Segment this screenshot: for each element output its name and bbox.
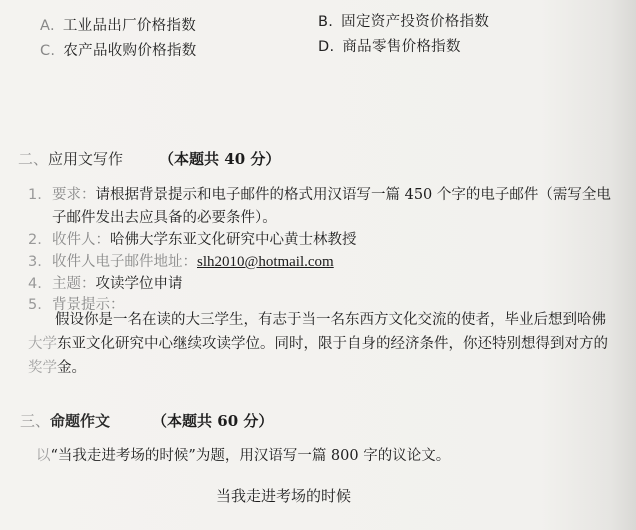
item-label: 要求： xyxy=(52,187,96,203)
item-number: 3. xyxy=(28,254,52,270)
section-score: （本题共 40 分） xyxy=(159,150,280,168)
item-number: 1. xyxy=(28,187,52,203)
section-title: 应用文写作 xyxy=(48,150,123,168)
item-number: 4. xyxy=(28,276,52,292)
prompt-text: “当我走进考场的时候”为题，用汉语写一篇 800 字的议论文。 xyxy=(51,448,451,464)
option-text: 农产品收购价格指数 xyxy=(63,43,196,59)
option-b: B.固定资产投资价格指数 xyxy=(318,10,489,31)
recipient-item: 2.收件人：哈佛大学东亚文化研究中心黄士林教授 xyxy=(28,228,357,249)
essay-title: 当我走进考场的时候 xyxy=(216,485,351,506)
item-text: 请根据背景提示和电子邮件的格式用汉语写一篇 450 个字的电子邮件（需写全电 xyxy=(96,187,611,203)
option-letter: D. xyxy=(318,39,334,55)
prompt-text-faded: 以 xyxy=(36,448,51,464)
option-a: A.工业品出厂价格指数 xyxy=(40,14,196,35)
subject-item: 4.主题：攻读学位申请 xyxy=(28,272,183,293)
option-text: 固定资产投资价格指数 xyxy=(341,14,489,30)
section2-heading: 二、应用文写作（本题共 40 分） xyxy=(18,148,280,169)
item-text: 子邮件发出去应具备的必要条件）。 xyxy=(52,210,277,226)
item-number: 5. xyxy=(28,297,52,313)
essay-title-text: 当我走进考场的时候 xyxy=(216,487,351,505)
section-title: 命题作文 xyxy=(50,412,110,430)
section-number: 二、 xyxy=(18,150,48,168)
email-link[interactable]: slh2010@hotmail.com xyxy=(197,254,334,270)
paragraph-text: 东亚文化研究中心继续攻读学位。同时，限于自身的经济条件，你还特别想得到对方的 xyxy=(57,336,608,352)
background-line-3: 奖学金。 xyxy=(28,356,86,380)
requirement-continuation: 子邮件发出去应具备的必要条件）。 xyxy=(52,206,277,227)
option-text: 商品零售价格指数 xyxy=(342,39,460,55)
section-score: （本题共 60 分） xyxy=(152,412,273,430)
paragraph-text-faded: 大学 xyxy=(28,336,57,352)
item-number: 2. xyxy=(28,232,52,248)
background-line-1: 假设你是一名在读的大三学生，有志于当一名东西方文化交流的使者，毕业后想到哈佛 xyxy=(55,308,606,332)
paragraph-text: 假设你是一名在读的大三学生，有志于当一名东西方文化交流的使者，毕业后想到哈佛 xyxy=(55,312,606,328)
item-label: 收件人： xyxy=(52,232,110,248)
item-label: 主题： xyxy=(52,276,96,292)
option-text: 工业品出厂价格指数 xyxy=(63,18,196,34)
option-c: C.农产品收购价格指数 xyxy=(40,39,197,60)
item-label: 收件人电子邮件地址： xyxy=(52,254,197,270)
option-letter: B. xyxy=(318,14,333,30)
essay-prompt: 以“当我走进考场的时候”为题，用汉语写一篇 800 字的议论文。 xyxy=(36,444,450,468)
exam-page: A.工业品出厂价格指数 B.固定资产投资价格指数 C.农产品收购价格指数 D.商… xyxy=(0,0,636,530)
paragraph-text-faded: 奖学 xyxy=(28,360,57,376)
requirement-item: 1.要求：请根据背景提示和电子邮件的格式用汉语写一篇 450 个字的电子邮件（需… xyxy=(28,183,611,204)
paragraph-text: 金。 xyxy=(57,360,86,376)
recipient-email-item: 3.收件人电子邮件地址：slh2010@hotmail.com xyxy=(28,250,334,271)
item-text: 哈佛大学东亚文化研究中心黄士林教授 xyxy=(110,232,357,248)
item-text: 攻读学位申请 xyxy=(96,276,183,292)
option-letter: A. xyxy=(40,18,55,34)
option-d: D.商品零售价格指数 xyxy=(318,35,461,56)
section-number: 三、 xyxy=(20,412,50,430)
background-line-2: 大学东亚文化研究中心继续攻读学位。同时，限于自身的经济条件，你还特别想得到对方的 xyxy=(28,332,608,356)
section3-heading: 三、命题作文（本题共 60 分） xyxy=(20,410,273,431)
option-letter: C. xyxy=(40,43,55,59)
